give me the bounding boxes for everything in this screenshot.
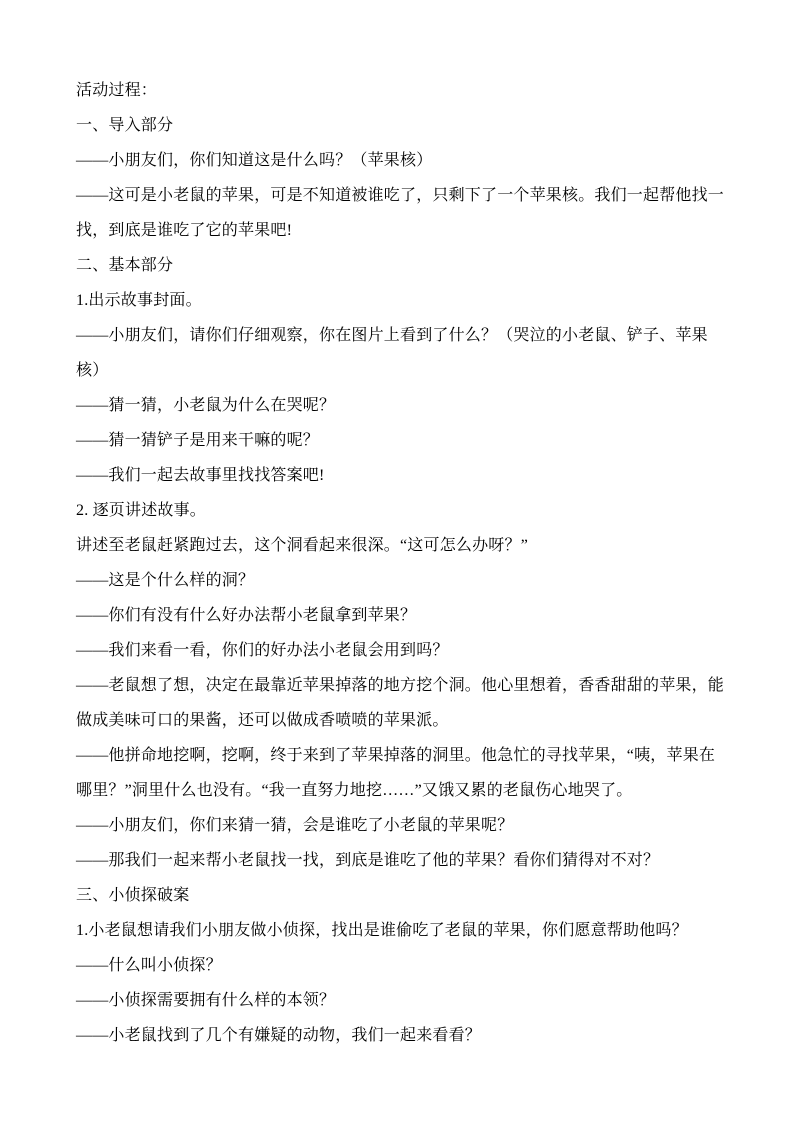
document-line: ——这可是小老鼠的苹果，可是不知道被谁吃了，只剩下了一个苹果核。我们一起帮他找一: [76, 178, 724, 213]
document-line: ——老鼠想了想，决定在最靠近苹果掉落的地方挖个洞。他心里想着，香香甜甜的苹果，能: [76, 668, 724, 703]
document-page: 活动过程： 一、导入部分 ——小朋友们，你们知道这是什么吗？（苹果核） ——这可…: [0, 0, 794, 1123]
document-line: 1.出示故事封面。: [76, 283, 724, 318]
document-line: ——小朋友们，你们知道这是什么吗？（苹果核）: [76, 143, 724, 178]
document-line: ——你们有没有什么好办法帮小老鼠拿到苹果？: [76, 598, 724, 633]
document-body: 活动过程： 一、导入部分 ——小朋友们，你们知道这是什么吗？（苹果核） ——这可…: [76, 73, 724, 1053]
document-line: ——猜一猜铲子是用来干嘛的呢？: [76, 423, 724, 458]
section-heading-1: 一、导入部分: [76, 108, 724, 143]
section-heading-2: 二、基本部分: [76, 248, 724, 283]
document-line: ——猜一猜，小老鼠为什么在哭呢？: [76, 388, 724, 423]
activity-process-heading: 活动过程：: [76, 73, 724, 108]
document-line: 找，到底是谁吃了它的苹果吧!: [76, 213, 724, 248]
document-line: ——小老鼠找到了几个有嫌疑的动物，我们一起来看看？: [76, 1018, 724, 1053]
document-line: 讲述至老鼠赶紧跑过去，这个洞看起来很深。“这可怎么办呀？”: [76, 528, 724, 563]
document-line: ——那我们一起来帮小老鼠找一找，到底是谁吃了他的苹果？看你们猜得对不对？: [76, 843, 724, 878]
document-line: 1.小老鼠想请我们小朋友做小侦探，找出是谁偷吃了老鼠的苹果，你们愿意帮助他吗？: [76, 913, 724, 948]
section-heading-3: 三、小侦探破案: [76, 878, 724, 913]
document-line: ——我们一起去故事里找找答案吧!: [76, 458, 724, 493]
document-line: 2. 逐页讲述故事。: [76, 493, 724, 528]
document-line: 核）: [76, 353, 724, 388]
document-line: ——小朋友们，请你们仔细观察，你在图片上看到了什么？（哭泣的小老鼠、铲子、苹果: [76, 318, 724, 353]
document-line: 哪里？”洞里什么也没有。“我一直努力地挖……”又饿又累的老鼠伤心地哭了。: [76, 773, 724, 808]
document-line: ——小侦探需要拥有什么样的本领？: [76, 983, 724, 1018]
document-line: ——小朋友们，你们来猜一猜，会是谁吃了小老鼠的苹果呢？: [76, 808, 724, 843]
document-line: ——我们来看一看，你们的好办法小老鼠会用到吗？: [76, 633, 724, 668]
document-line: ——他拼命地挖啊，挖啊，终于来到了苹果掉落的洞里。他急忙的寻找苹果，“咦，苹果在: [76, 738, 724, 773]
document-line: ——这是个什么样的洞？: [76, 563, 724, 598]
document-line: 做成美味可口的果酱，还可以做成香喷喷的苹果派。: [76, 703, 724, 738]
document-line: ——什么叫小侦探？: [76, 948, 724, 983]
